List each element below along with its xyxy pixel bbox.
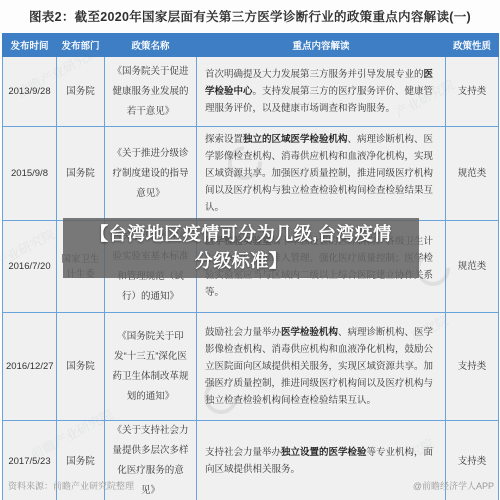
col-header-key-content: 重点内容解读 bbox=[197, 34, 446, 57]
cell-content: 鼓励社会力量举办医学检验机构、病理诊断机构、医学影像检查机构、消毒供应机构和血液… bbox=[197, 313, 446, 421]
cell-policy-name: 《国务院关于促进健康服务业发展的若干意见》 bbox=[105, 57, 197, 127]
overlay-caption-line2: 分级标准】 bbox=[195, 248, 288, 275]
cell-date: 2013/9/28 bbox=[3, 57, 57, 127]
table-row: 2015/9/8 国务院 《关于推进分级诊疗制度建设的指导意见》 探索设置独立的… bbox=[3, 127, 499, 221]
cell-department: 国务院 bbox=[57, 127, 105, 221]
cell-nature: 规范类 bbox=[446, 221, 499, 313]
credit-note: @前瞻经济学人APP bbox=[413, 479, 494, 492]
col-header-publish-date: 发布时间 bbox=[3, 34, 57, 57]
source-note: 资料来源：前瞻产业研究院整理 bbox=[8, 479, 134, 492]
table-row: 2016/12/27 国务院 《国务院关于印发“十三五”深化医药卫生体制改革规划… bbox=[3, 313, 499, 421]
cell-nature: 支持类 bbox=[446, 313, 499, 421]
cell-policy-name: 《关于推进分级诊疗制度建设的指导意见》 bbox=[105, 127, 197, 221]
cell-nature: 规范类 bbox=[446, 127, 499, 221]
cell-content: 探索设置独立的区域医学检验机构、病理诊断机构、医学影像检查机构、消毒供应机构和血… bbox=[197, 127, 446, 221]
cell-department: 国务院 bbox=[57, 57, 105, 127]
table-row: 2013/9/28 国务院 《国务院关于促进健康服务业发展的若干意见》 首次明确… bbox=[3, 57, 499, 127]
cell-nature: 支持类 bbox=[446, 57, 499, 127]
cell-department: 国务院 bbox=[57, 313, 105, 421]
table-header-row: 发布时间 发布部门 政策名称 重点内容解读 政策性质 bbox=[3, 34, 499, 57]
col-header-nature: 政策性质 bbox=[446, 34, 499, 57]
cell-date: 2016/7/20 bbox=[3, 221, 57, 313]
cell-date: 2015/9/8 bbox=[3, 127, 57, 221]
chart-title: 图表2：截至2020年国家层面有关第三方医学诊断行业的政策重点内容解读(一) bbox=[0, 7, 500, 25]
cell-content: 首次明确提及大力发展第三方服务并引导发展专业的医学检验中心。支持发展第三方的医疗… bbox=[197, 57, 446, 127]
col-header-department: 发布部门 bbox=[57, 34, 105, 57]
cell-policy-name: 《国务院关于印发“十三五”深化医药卫生体制改革规划的通知》 bbox=[105, 313, 197, 421]
overlay-caption: 【台湾地区疫情可分为几级,台湾疫情 分级标准】 bbox=[63, 218, 419, 278]
cell-date: 2016/12/27 bbox=[3, 313, 57, 421]
cell-content: 支持社会力量举办独立设置的医学检验等专业机构，面向区域提供相关服务。 bbox=[197, 421, 446, 500]
col-header-policy-name: 政策名称 bbox=[105, 34, 197, 57]
overlay-caption-line1: 【台湾地区疫情可分为几级,台湾疫情 bbox=[90, 221, 392, 248]
